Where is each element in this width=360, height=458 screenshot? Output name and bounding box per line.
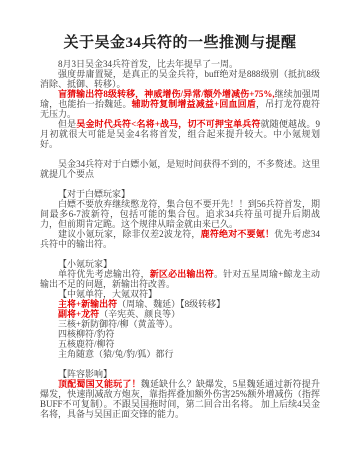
text-run: 四核柳符/豹符 — [58, 329, 115, 339]
paragraph: 8月3日吴金34兵符首发，比去年提早了一周。 — [40, 59, 320, 69]
text-run: 建议小氪玩家，除非仅差2波龙符， — [58, 229, 201, 239]
paragraph: 单符优先考虑输出符，新区必出输出符。针对五星周瑜+鲸龙主动输出不足的问题，新输出… — [40, 269, 320, 289]
paragraph: 强度毋庸置疑，是真正的吴金兵符，buff绝对是888级别（抵抗8级消除、抵御、转… — [40, 69, 320, 89]
text-run: 强度毋庸置疑，是真正的吴金兵符，buff绝对是888级别（抵抗8级消除、抵御、转… — [40, 69, 320, 89]
text-run: 【阵容影响】 — [58, 369, 112, 379]
paragraph: 【阵容影响】 — [40, 369, 320, 379]
highlight-text-run: 吴金时代兵符<名将+战马，切不可押宝单兵符 — [76, 119, 260, 129]
paragraph: 【对于白嫖玩家】 — [40, 189, 320, 199]
text-run: 单符优先考虑输出符， — [58, 269, 150, 279]
highlight-text-run: 鹿符绝对不要氪！ — [201, 229, 275, 239]
text-run: 【中氪单符，大氪双符】 — [58, 289, 157, 299]
highlight-text-run: 新区必出输出符 — [150, 269, 214, 279]
paragraph: 副将+龙符（辛宪英、颜良等） — [40, 309, 320, 319]
text-run: （辛宪英、颜良等） — [99, 309, 180, 319]
paragraph: 顶配蜀国又能玩了！魏延缺什么？缺爆发，5星魏延通过新符提升爆发，快速削减敌方炮灰… — [40, 379, 320, 419]
text-run: 主角随意（猿/兔/豹/狐）都行 — [58, 349, 174, 359]
paragraph: 三核+新防御符/柳（黄盖等）。 — [40, 319, 320, 329]
highlight-text-run: 主将+新输出符 — [58, 299, 117, 309]
document-body: 8月3日吴金34兵符首发，比去年提早了一周。强度毋庸置疑，是真正的吴金兵符，bu… — [40, 59, 320, 419]
text-run: 8月3日吴金34兵符首发，比去年提早了一周。 — [58, 59, 238, 69]
text-run: 【对于白嫖玩家】 — [58, 189, 130, 199]
text-run: （周瑜、魏延）【8级转移】 — [117, 299, 225, 309]
paragraph: 但是吴金时代兵符<名将+战马，切不可押宝单兵符就随便越战。9月初就很大可能是吴金… — [40, 119, 320, 149]
paragraph: 白嫖不要放弃继续憋龙符，集合包不要开先！！到56兵符首发，期间最多6-7波新符，… — [40, 199, 320, 229]
paragraph: 五核鹿符/柳符 — [40, 339, 320, 349]
text-run: 但是 — [58, 119, 76, 129]
highlight-text-run: 顶配蜀国又能玩了！ — [58, 379, 141, 389]
highlight-text-run: 辅助符复制增益减益+回血回盾 — [132, 99, 256, 109]
paragraph: 建议小氪玩家，除非仅差2波龙符，鹿符绝对不要氪！优先考虑34兵符中的输出符。 — [40, 229, 320, 249]
text-run: 白嫖不要放弃继续憋龙符，集合包不要开先！！到56兵符首发，期间最多6-7波新符，… — [40, 199, 320, 229]
paragraph: 四核柳符/豹符 — [40, 329, 320, 339]
text-run: 三核+新防御符/柳（黄盖等）。 — [58, 319, 178, 329]
paragraph: 主将+新输出符（周瑜、魏延）【8级转移】 — [40, 299, 320, 309]
paragraph: 主角随意（猿/兔/豹/狐）都行 — [40, 349, 320, 359]
text-run: 五核鹿符/柳符 — [58, 339, 115, 349]
highlight-text-run: 副将+龙符 — [58, 309, 99, 319]
highlight-text-run: 盲猜输出符8级转移，神威增伤/异常/额外增减伤+75%, — [58, 89, 275, 99]
paragraph: 【小氪玩家】 — [40, 259, 320, 269]
text-run: 【小氪玩家】 — [58, 259, 112, 269]
document-title: 关于吴金34兵符的一些推测与提醒 — [0, 0, 360, 52]
paragraph: 【中氪单符，大氪双符】 — [40, 289, 320, 299]
text-run: 吴金34兵符对于白嫖小氪，是短时间获得不到的，不多赘述。这里就提几个要点 — [40, 159, 320, 179]
document-page: 关于吴金34兵符的一些推测与提醒 8月3日吴金34兵符首发，比去年提早了一周。强… — [0, 0, 360, 458]
paragraph: 吴金34兵符对于白嫖小氪，是短时间获得不到的，不多赘述。这里就提几个要点 — [40, 159, 320, 179]
paragraph: 盲猜输出符8级转移，神威增伤/异常/额外增减伤+75%,继续加强周瑜，也能抬一抬… — [40, 89, 320, 119]
